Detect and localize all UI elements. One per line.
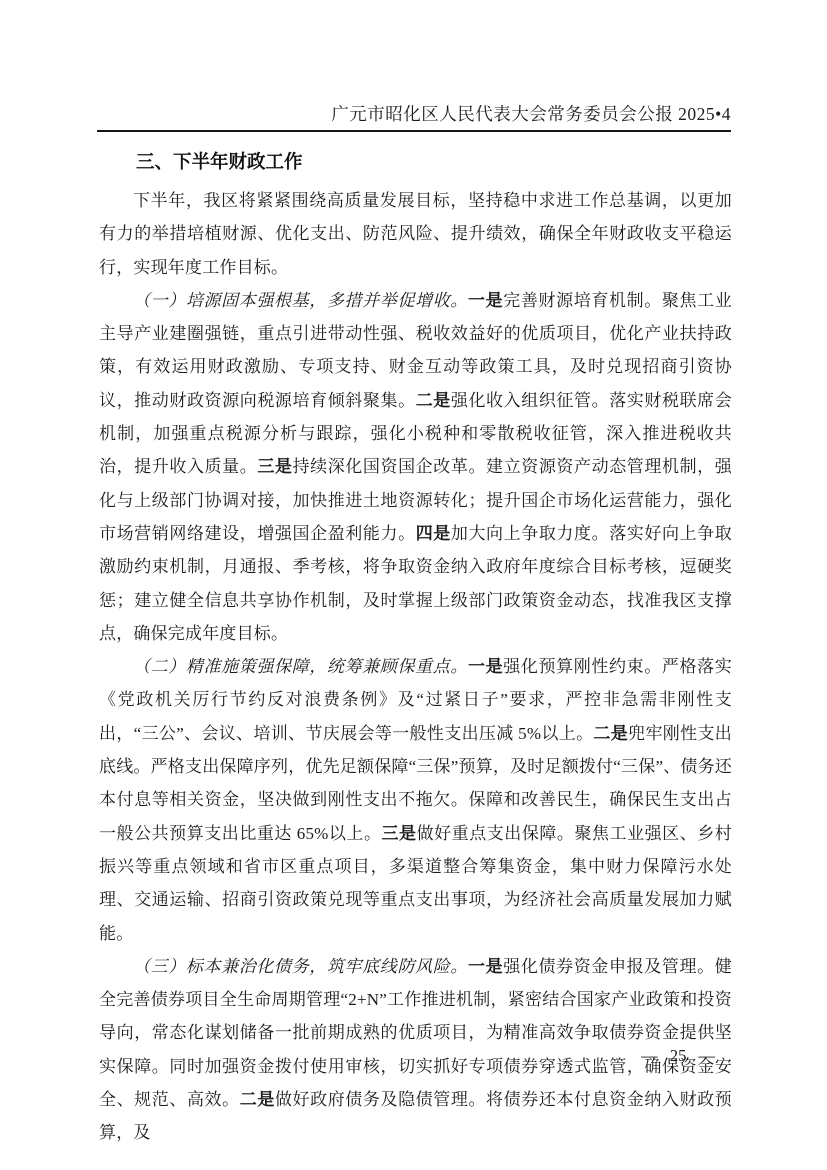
document-page: 广元市昭化区人民代表大会常务委员会公报 2025•4 三、下半年财政工作 下半年…	[0, 0, 827, 1170]
paragraph-intro: 下半年，我区将紧紧围绕高质量发展目标，坚持稳中求进工作总基调，以更加有力的举措培…	[99, 184, 732, 284]
text-segment-kai: （一）培源固本强根基，多措并举促增收。	[133, 291, 468, 310]
page-number: — 25 —	[641, 1045, 715, 1067]
text-segment-bold: 一是	[468, 957, 503, 976]
document-body: 三、下半年财政工作 下半年，我区将紧紧围绕高质量发展目标，坚持稳中求进工作总基调…	[99, 148, 732, 1150]
text-segment-bold: 三是	[257, 457, 292, 476]
section-title: 三、下半年财政工作	[99, 148, 732, 176]
text-segment-bold: 四是	[416, 524, 451, 543]
paragraph-item-3: （三）标本兼治化债务，筑牢底线防风险。一是强化债券资金申报及管理。健全完善债券项…	[99, 950, 732, 1150]
header-title: 广元市昭化区人民代表大会常务委员会公报 2025•4	[331, 104, 731, 124]
text-segment-normal: 强化债券资金申报及管理。健全完善债券项目全生命周期管理“2+N”工作推进机制，紧…	[99, 957, 732, 1109]
page-header: 广元市昭化区人民代表大会常务委员会公报 2025•4	[97, 101, 731, 127]
text-segment-bold: 二是	[416, 391, 451, 410]
paragraph-item-1: （一）培源固本强根基，多措并举促增收。一是完善财源培育机制。聚焦工业主导产业建圈…	[99, 284, 732, 650]
text-segment-kai: （三）标本兼治化债务，筑牢底线防风险。	[133, 957, 468, 976]
paragraphs-container: 下半年，我区将紧紧围绕高质量发展目标，坚持稳中求进工作总基调，以更加有力的举措培…	[99, 184, 732, 1150]
text-segment-normal: 下半年，我区将紧紧围绕高质量发展目标，坚持稳中求进工作总基调，以更加有力的举措培…	[99, 191, 732, 277]
text-segment-bold: 二是	[593, 724, 628, 743]
header-rule	[97, 130, 731, 132]
text-segment-bold: 一是	[468, 291, 503, 310]
paragraph-item-2: （二）精准施策强保障，统筹兼顾保重点。一是强化预算刚性约束。严格落实《党政机关厉…	[99, 650, 732, 950]
text-segment-bold: 一是	[468, 657, 503, 676]
text-segment-bold: 三是	[381, 824, 416, 843]
text-segment-bold: 二是	[240, 1090, 275, 1109]
text-segment-kai: （二）精准施策强保障，统筹兼顾保重点。	[133, 657, 468, 676]
